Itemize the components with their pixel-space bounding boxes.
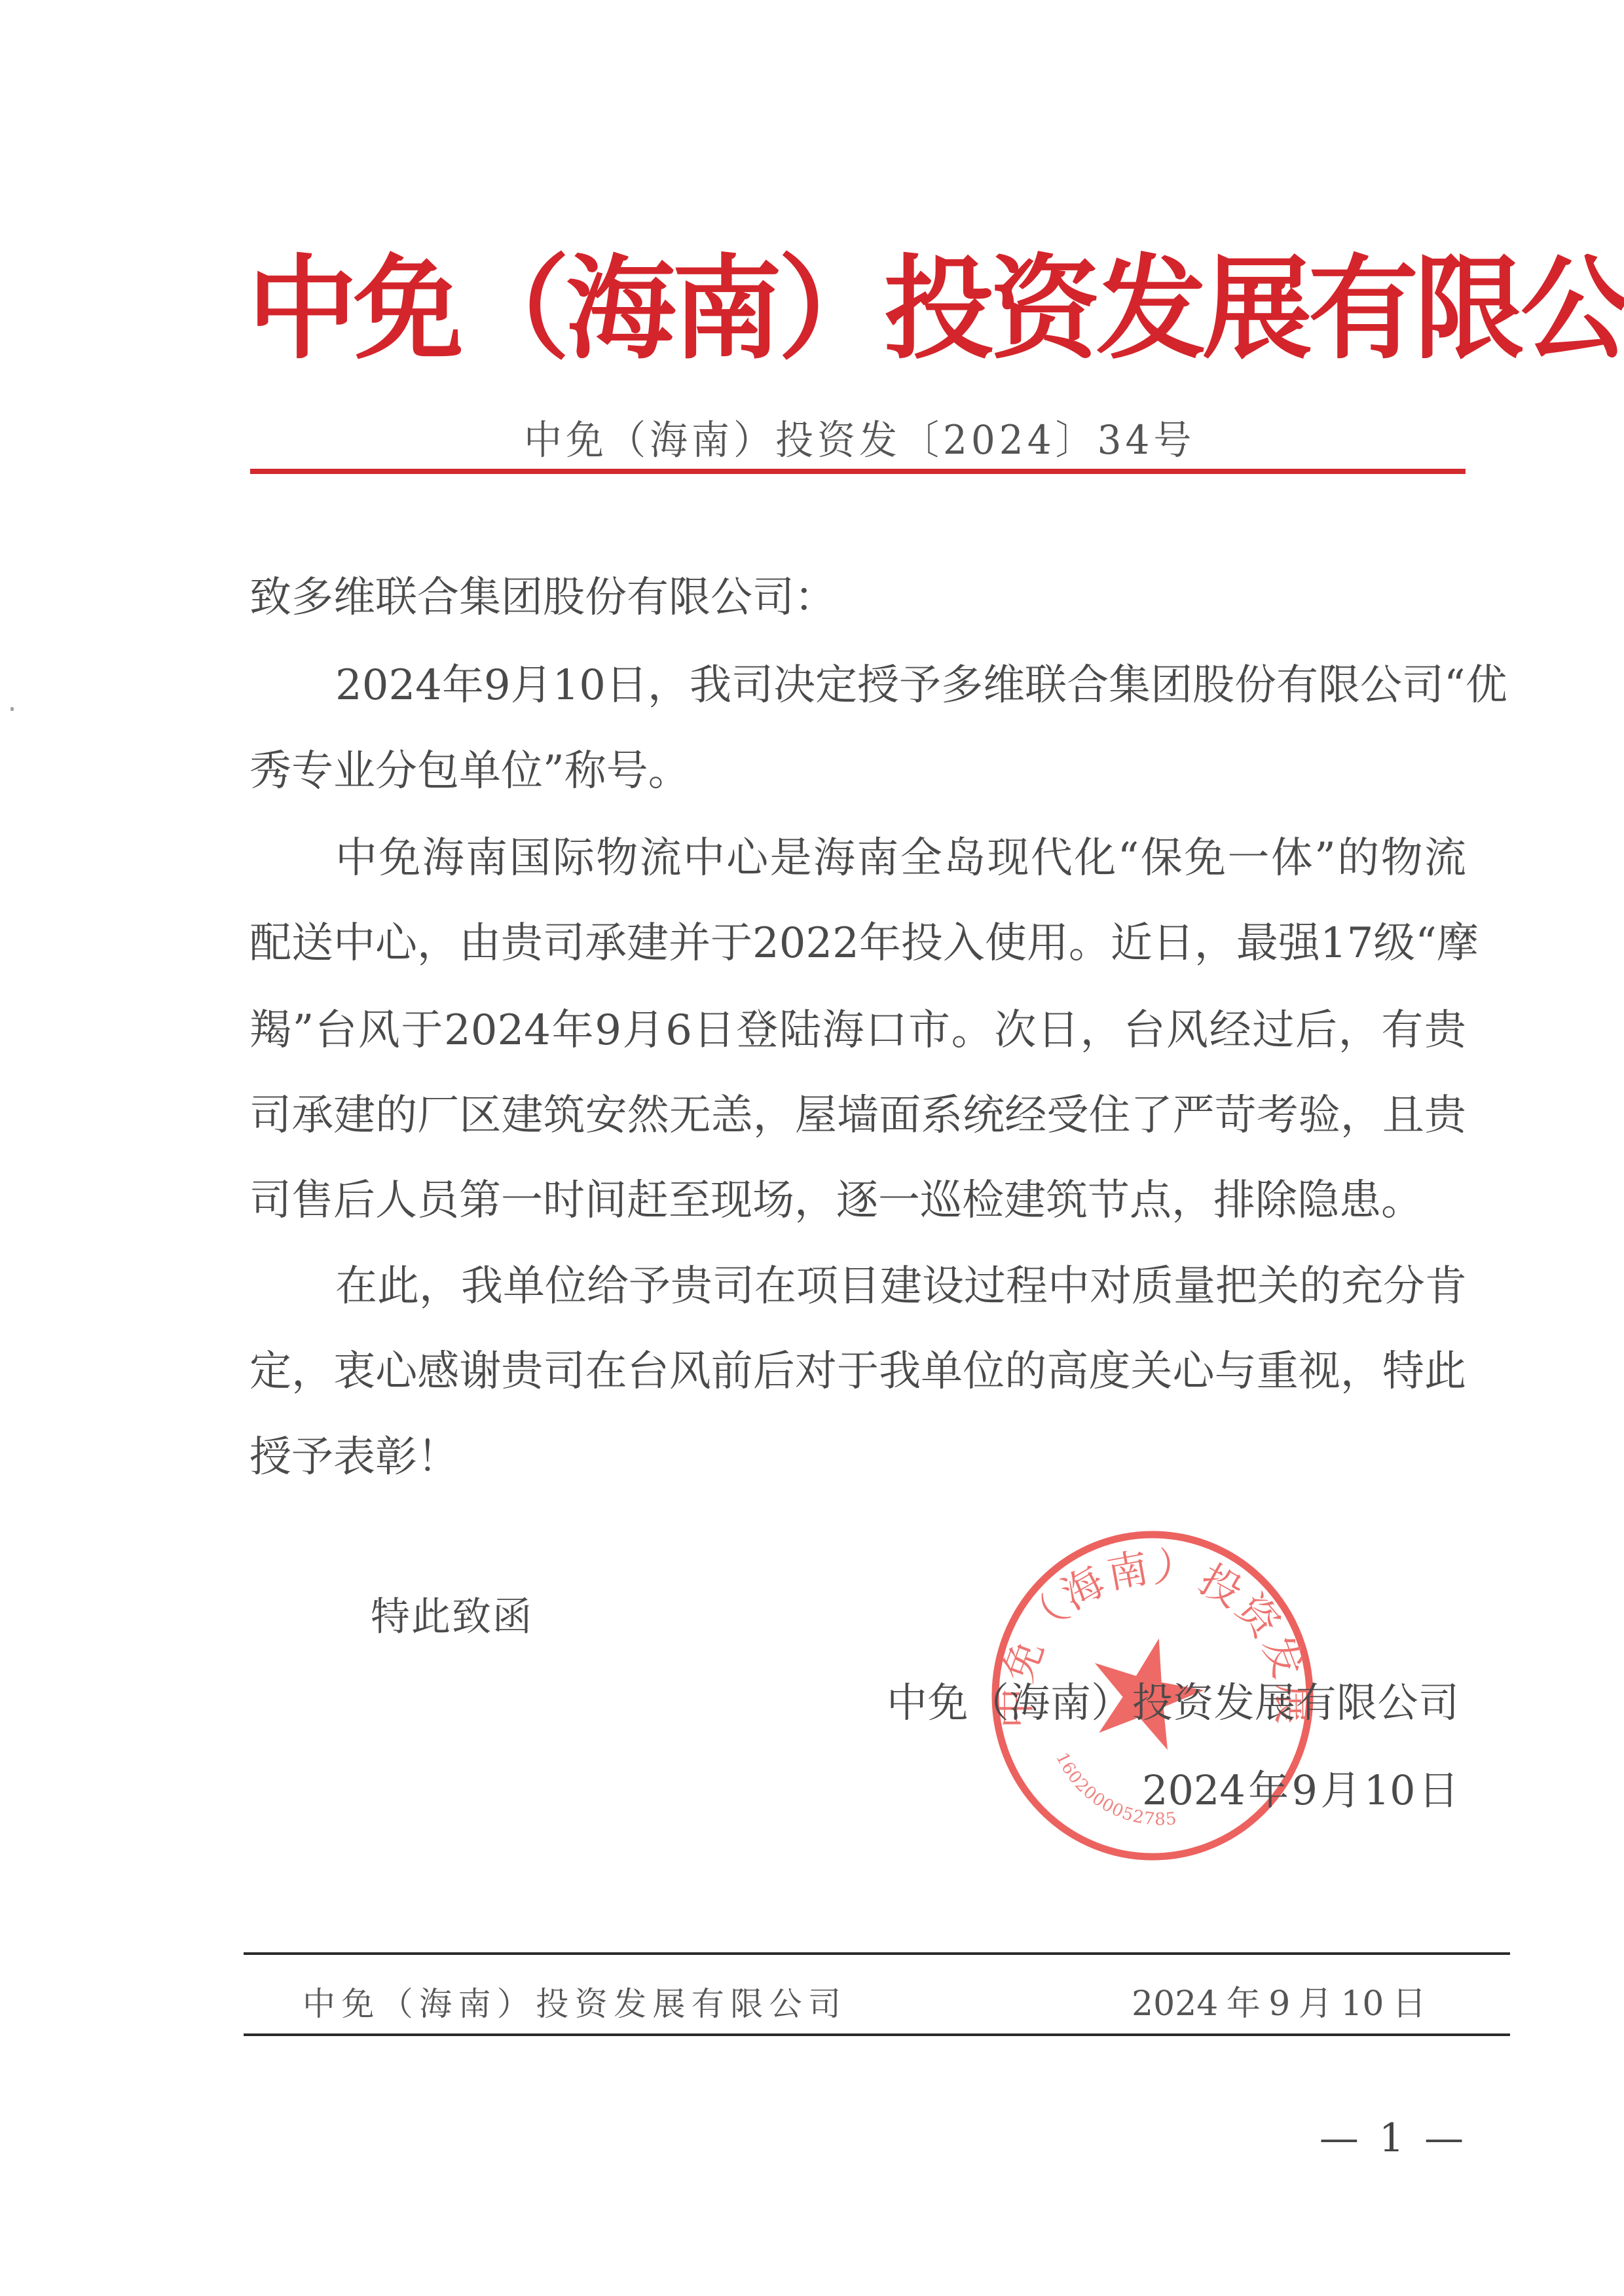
body-line-7: 司售后人员第一时间赶至现场，逐一巡检建筑节点，排除隐患。 xyxy=(249,1171,1466,1230)
body-line-2: 秀专业分包单位”称号。 xyxy=(249,742,1466,801)
footer-bottom-rule xyxy=(244,2033,1510,2036)
closing-phrase: 特此致函 xyxy=(371,1588,533,1647)
document-title: 中免（海南）投资发展有限公司文件 xyxy=(248,242,1466,376)
scan-speck xyxy=(10,707,14,711)
salutation: 致多维联合集团股份有限公司： xyxy=(249,568,1466,627)
body-line-3: 中免海南国际物流中心是海南全岛现代化“保免一体”的物流 xyxy=(335,829,1466,888)
body-line-10: 授予表彰！ xyxy=(249,1428,1466,1487)
body-line-8: 在此，我单位给予贵司在项目建设过程中对质量把关的充分肯 xyxy=(335,1257,1466,1316)
body-line-6: 司承建的厂区建筑安然无恙，屋墙面系统经受住了严苛考验，且贵 xyxy=(249,1086,1466,1145)
body-line-5: 羯”台风于2024年9月6日登陆海口市。次日，台风经过后，有贵 xyxy=(249,1001,1466,1060)
footer-issuer: 中免（海南）投资发展有限公司 xyxy=(303,1976,841,2032)
document-number: 中免（海南）投资发〔2024〕34号 xyxy=(524,414,1185,466)
signature-company: 中免（海南）投资发展有限公司 xyxy=(887,1673,1459,1732)
page-number: — 1 — xyxy=(1318,2113,1469,2163)
red-header-rule xyxy=(250,469,1466,474)
footer-date: 2024年9月10日 xyxy=(1132,1976,1426,2032)
signature-date: 2024年9月10日 xyxy=(1142,1761,1459,1820)
body-line-9: 定，衷心感谢贵司在台风前后对于我单位的高度关心与重视，特此 xyxy=(249,1342,1466,1401)
footer-top-rule xyxy=(244,1952,1510,1955)
body-line-1: 2024年9月10日，我司决定授予多维联合集团股份有限公司“优 xyxy=(335,656,1466,715)
body-line-4: 配送中心，由贵司承建并于2022年投入使用。近日，最强17级“摩 xyxy=(249,914,1466,973)
